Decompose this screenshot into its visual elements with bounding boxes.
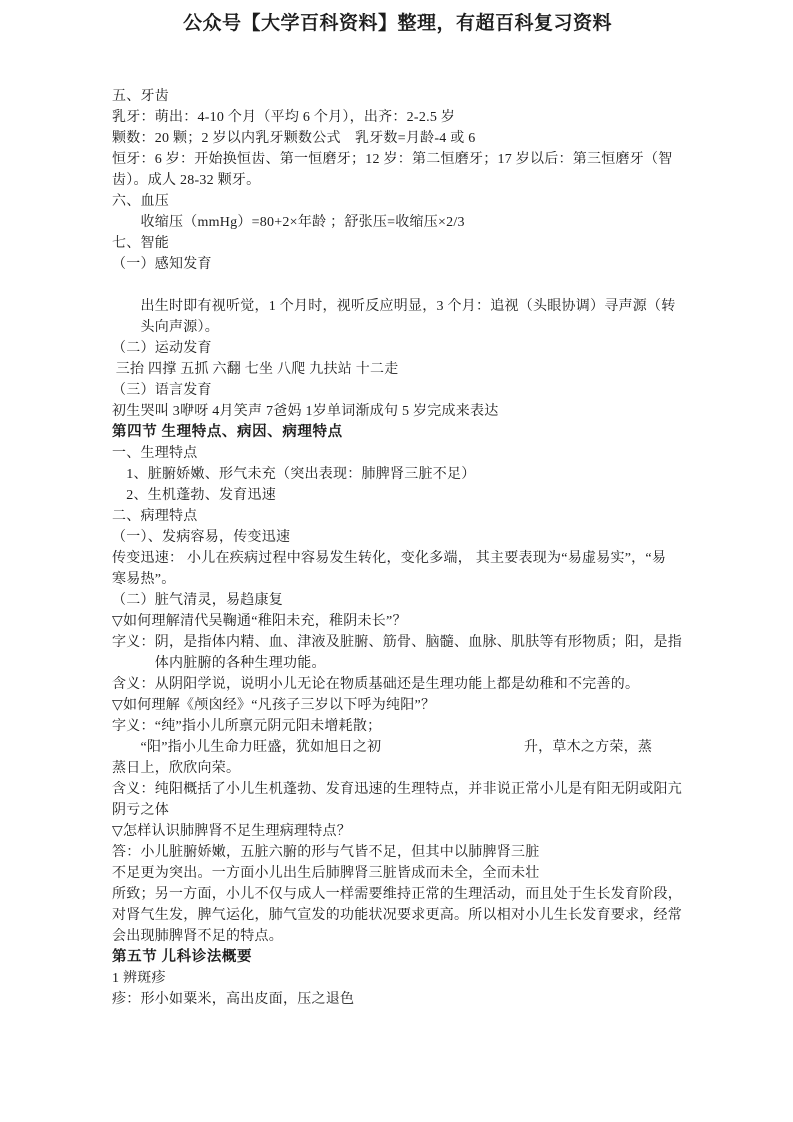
text-line: 二、病理特点 [112,506,683,527]
text-line: 含义：从阴阳学说，说明小儿无论在物质基础还是生理功能上都是幼稚和不完善的。 [112,674,683,695]
text-line: 齿）。成人 28-32 颗牙。 [112,170,683,191]
text-line: 六、血压 [112,191,683,212]
text-line: 颗数：20 颗；2 岁以内乳牙颗数公式 乳牙数=月龄-4 或 6 [112,128,683,149]
text-line: 七、智能 [112,233,683,254]
text-line: 恒牙：6 岁：开始换恒齿、第一恒磨牙；12 岁：第二恒磨牙；17 岁以后：第三恒… [112,149,683,170]
text-line: 三抬 四撑 五抓 六翻 七坐 八爬 九扶站 十二走 [112,359,683,380]
text-line: 1 辨斑疹 [112,968,683,989]
text-line: （一）、发病容易，传变迅速 [112,527,683,548]
text-line: （二）脏气清灵，易趋康复 [112,590,683,611]
text-line: 字义：阴，是指体内精、血、津液及脏腑、筋骨、脑髓、血脉、肌肤等有形物质；阳，是指 [112,632,683,653]
text-line: （三）语言发育 [112,380,683,401]
text-line [112,275,683,296]
text-line: 含义：纯阳概括了小儿生机蓬勃、发育迅速的生理特点，并非说正常小儿是有阳无阴或阳亢 [112,779,683,800]
section-heading: 第五节 儿科诊法概要 [112,947,683,968]
text-line: 答：小儿脏腑娇嫩，五脏六腑的形与气皆不足，但其中以肺脾肾三脏 [112,842,683,863]
text-line: ▽怎样认识肺脾肾不足生理病理特点？ [112,821,683,842]
text-line: 收缩压（mmHg）=80+2×年龄 ；舒张压=收缩压×2/3 [112,212,683,233]
text-line: 2、生机蓬勃、发育迅速 [112,485,683,506]
text-line: 乳牙：萌出：4-10 个月（平均 6 个月），出齐：2-2.5 岁 [112,107,683,128]
text-line: 阴亏之体 [112,800,683,821]
text-line: 一、生理特点 [112,443,683,464]
text-line: 体内脏腑的各种生理功能。 [112,653,683,674]
text-line: ▽如何理解清代吴鞠通“稚阳未充，稚阴未长”？ [112,611,683,632]
text-line: 所致；另一方面，小儿不仅与成人一样需要维持正常的生理活动，而且处于生长发育阶段， [112,884,683,905]
text-line: 对肾气生发，脾气运化，肺气宣发的功能状况要求更高。所以相对小儿生长发育要求，经常 [112,905,683,926]
text-line: ▽如何理解《颅囟经》“凡孩子三岁以下呼为纯阳”？ [112,695,683,716]
text-line: （一）感知发育 [112,254,683,275]
text-line: 疹：形小如粟米，高出皮面，压之退色 [112,989,683,1010]
document-body: 五、牙齿乳牙：萌出：4-10 个月（平均 6 个月），出齐：2-2.5 岁颗数：… [112,86,683,1010]
page-title: 公众号【大学百科资料】整理，有超百科复习资料 [112,12,683,36]
text-line: 蒸日上，欣欣向荣。 [112,758,683,779]
text-line: 1、脏腑娇嫩、形气未充（突出表现：肺脾肾三脏不足） [112,464,683,485]
text-line: 初生哭叫 3咿呀 4月笑声 7爸妈 1岁单词渐成句 5 岁完成来表达 [112,401,683,422]
text-line: 会出现肺脾肾不足的特点。 [112,926,683,947]
text-line: 头向声源）。 [112,317,683,338]
text-line: 寒易热”。 [112,569,683,590]
section-heading: 第四节 生理特点、病因、病理特点 [112,422,683,443]
text-line: 不足更为突出。一方面小儿出生后肺脾肾三脏皆成而未全，全而未壮 [112,863,683,884]
text-line: （二）运动发育 [112,338,683,359]
text-line: “阳”指小儿生命力旺盛，犹如旭日之初 升，草木之方荣，蒸 [112,737,683,758]
text-line: 传变迅速： 小儿在疾病过程中容易发生转化，变化多端， 其主要表现为“易虚易实”，… [112,548,683,569]
text-line: 五、牙齿 [112,86,683,107]
text-line: 出生时即有视听觉，1 个月时，视听反应明显，3 个月：追视（头眼协调）寻声源（转 [112,296,683,317]
document-page: 公众号【大学百科资料】整理，有超百科复习资料 五、牙齿乳牙：萌出：4-10 个月… [0,0,793,1122]
text-line: 字义：“纯”指小儿所禀元阴元阳未增耗散； [112,716,683,737]
